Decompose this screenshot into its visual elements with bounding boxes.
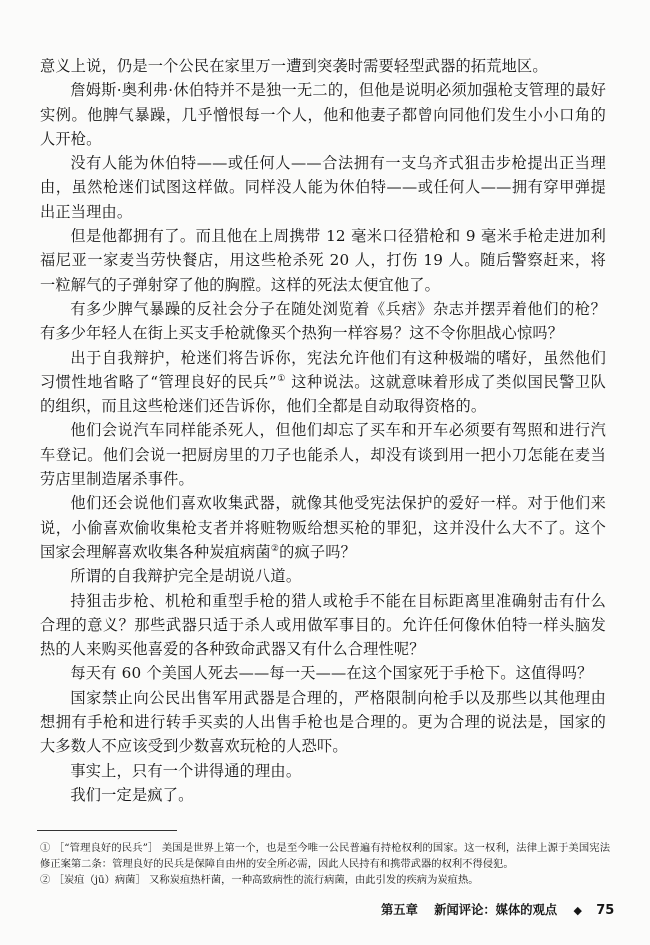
footnote-1: ① ［“管理良好的民兵”］ 美国是世界上第一个，也是至今唯一公民普遍有持枪权利的… [40, 840, 610, 872]
page-footer: 第五章 新闻评论：媒体的观点 ◆ 75 [381, 900, 614, 918]
paragraph: 出于自我辩护，枪迷们将告诉你，宪法允许他们有这种极端的嗜好，虽然他们习惯性地省略… [40, 346, 606, 419]
footnote-ref-1[interactable]: ① [277, 374, 286, 384]
footnote-text: 又称炭疽热杆菌，一种高致病性的流行病菌，由此引发的疾病为炭疽热。 [149, 874, 479, 886]
footnote-2: ② ［炭疽（jū）病菌］ 又称炭疽热杆菌，一种高致病性的流行病菌，由此引发的疾病… [40, 872, 610, 888]
page-number: 75 [596, 903, 614, 918]
chapter-label: 第五章 [381, 900, 418, 918]
paragraph: 但是他都拥有了。而且他在上周携带 12 毫米口径猎枪和 9 毫米手枪走进加利福尼… [40, 224, 606, 297]
paragraph: 国家禁止向公民出售军用武器是合理的，严格限制向枪手以及那些以其他理由想拥有手枪和… [40, 686, 606, 759]
section-label: 新闻评论：媒体的观点 [434, 900, 557, 918]
paragraph: 事实上，只有一个讲得通的理由。 [40, 759, 606, 783]
paragraph: 他们会说汽车同样能杀死人，但他们却忘了买车和开车必须要有驾照和进行汽车登记。他们… [40, 418, 606, 491]
footnote-marker: ② [40, 874, 50, 886]
paragraph-text: 的疯子吗？ [279, 543, 356, 561]
paragraph: 每天有 60 个美国人死去——每一天——在这个国家死于手枪下。这值得吗？ [40, 661, 606, 685]
diamond-icon: ◆ [573, 904, 581, 917]
footnote-marker: ① [40, 842, 50, 854]
paragraph: 意义上说，仍是一个公民在家里万一遭到突袭时需要轻型武器的拓荒地区。 [40, 54, 606, 78]
paragraph: 詹姆斯·奥利弗·休伯特并不是独一无二的，但他是说明必须加强枪支管理的最好实例。他… [40, 78, 606, 151]
footnote-ref-2[interactable]: ② [271, 544, 279, 554]
paragraph: 有多少脾气暴躁的反社会分子在随处浏览着《兵痞》杂志并摆弄着他们的枪？有多少年轻人… [40, 297, 606, 346]
footnote-divider [37, 830, 177, 831]
paragraph: 所谓的自我辩护完全是胡说八道。 [40, 564, 606, 588]
article-body: 意义上说，仍是一个公民在家里万一遭到突袭时需要轻型武器的拓荒地区。 詹姆斯·奥利… [40, 54, 606, 807]
paragraph: 持狙击步枪、机枪和重型手枪的猎人或枪手不能在目标距离里准确射击有什么合理的意义？… [40, 589, 606, 662]
paragraph: 我们一定是疯了。 [40, 783, 606, 807]
paragraph: 他们还会说他们喜欢收集武器，就像其他受宪法保护的爱好一样。对于他们来说，小偷喜欢… [40, 491, 606, 564]
footnote-term: ［“管理良好的民兵”］ [54, 842, 159, 854]
footnotes: ① ［“管理良好的民兵”］ 美国是世界上第一个，也是至今唯一公民普遍有持枪权利的… [40, 840, 610, 888]
footnote-term: ［炭疽（jū）病菌］ [54, 874, 146, 886]
paragraph: 没有人能为休伯特——或任何人——合法拥有一支乌齐式狙击步枪提出正当理由，虽然枪迷… [40, 151, 606, 224]
